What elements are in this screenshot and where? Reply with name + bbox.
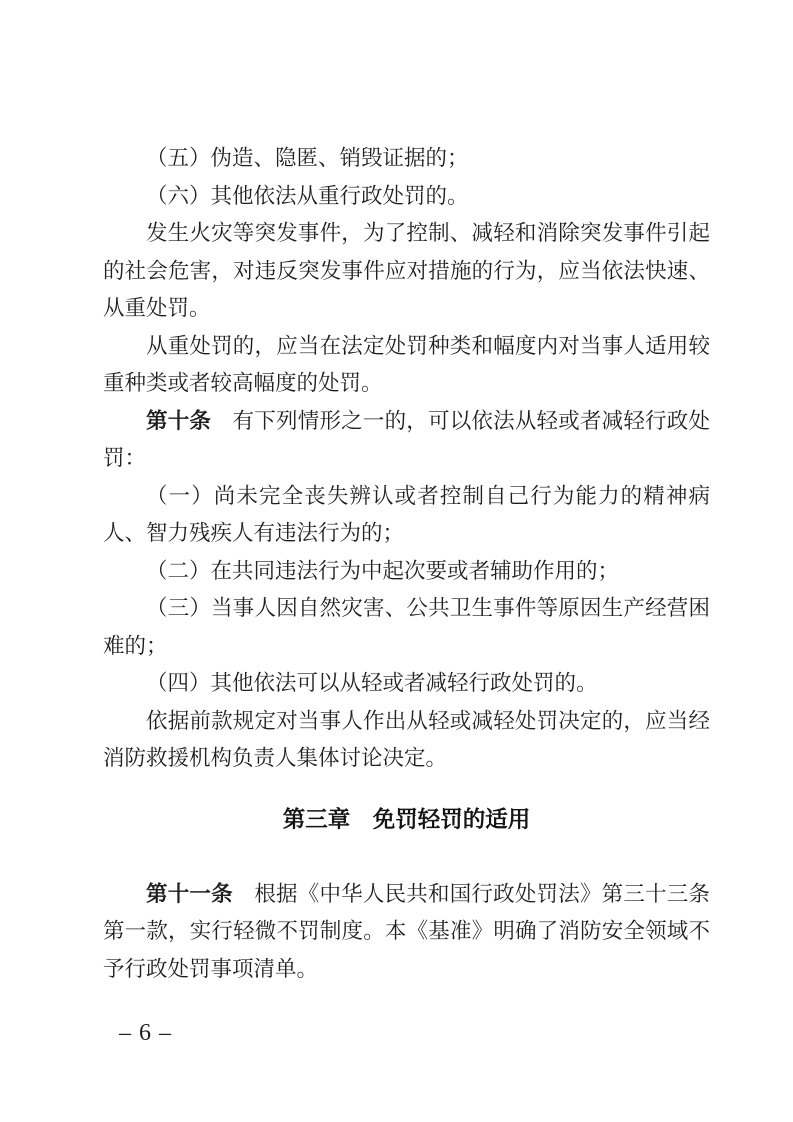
article-10-number: 第十条 (146, 409, 211, 433)
document-page: （五）伪造、隐匿、销毁证据的； （六）其他依法从重行政处罚的。 发生火灾等突发事… (0, 0, 793, 1122)
article-11-paragraph: 第十一条根据《中华人民共和国行政处罚法》第三十三条第一款，实行轻微不罚制度。本《… (103, 876, 710, 989)
list-item-4: （四）其他依法可以从轻或者减轻行政处罚的。 (103, 665, 710, 703)
list-item-3: （三）当事人因自然灾害、公共卫生事件等原因生产经营困难的； (103, 590, 710, 665)
article-10-paragraph: 第十条有下列情形之一的，可以依法从轻或者减轻行政处罚： (103, 403, 710, 478)
article-11-number: 第十一条 (146, 882, 233, 906)
page-number: – 6 – (119, 1020, 172, 1046)
list-item-2: （二）在共同违法行为中起次要或者辅助作用的； (103, 553, 710, 591)
paragraph-emergency-aggravation: 发生火灾等突发事件，为了控制、减轻和消除突发事件引起的社会危害，对违反突发事件应… (103, 215, 710, 328)
list-item-1: （一）尚未完全丧失辨认或者控制自己行为能力的精神病人、智力残疾人有违法行为的； (103, 478, 710, 553)
list-item-6: （六）其他依法从重行政处罚的。 (103, 178, 710, 216)
page-content: （五）伪造、隐匿、销毁证据的； （六）其他依法从重行政处罚的。 发生火灾等突发事… (103, 140, 710, 988)
chapter-title: 免罚轻罚的适用 (373, 807, 531, 832)
list-item-5: （五）伪造、隐匿、销毁证据的； (103, 140, 710, 178)
chapter-number: 第三章 (283, 807, 351, 832)
paragraph-aggravated-penalty-scope: 从重处罚的，应当在法定处罚种类和幅度内对当事人适用较重种类或者较高幅度的处罚。 (103, 328, 710, 403)
chapter-heading: 第三章免罚轻罚的适用 (103, 800, 710, 840)
paragraph-collective-decision: 依据前款规定对当事人作出从轻或减轻处罚决定的，应当经消防救援机构负责人集体讨论决… (103, 703, 710, 778)
